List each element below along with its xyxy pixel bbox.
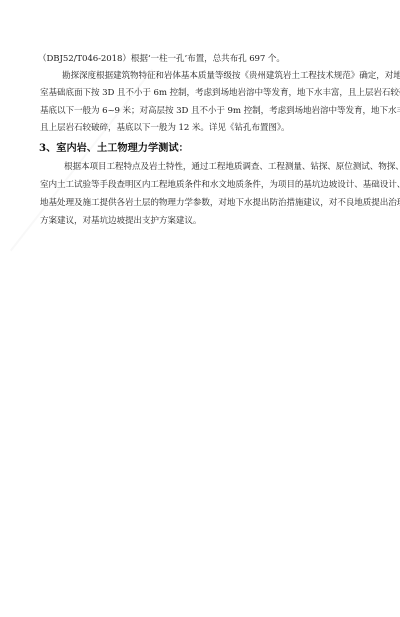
paragraph-line: 方案建议，对基坑边坡提出支护方案建议。: [40, 216, 201, 227]
document-page: （DBJ52/T046-2018）根据‘一柱一孔’布置，总共布孔 697 个。 …: [0, 0, 400, 617]
paragraph-line: 地基处理及施工提供各岩土层的物理力学参数，对地下水提出防治措施建议，对不良地质提…: [40, 198, 400, 209]
paragraph-line: （DBJ52/T046-2018）根据‘一柱一孔’布置，总共布孔 697 个。: [38, 54, 285, 65]
section-heading: 3、室内岩、土工物理力学测试：: [39, 142, 189, 155]
paragraph-line: 基底以下一般为 6~9 米；对高层按 3D 且不小于 9m 控制，考虑到场地岩溶…: [40, 106, 400, 117]
paragraph-line: 室内土工试验等手段查明区内工程地质条件和水文地质条件，为项目的基坑边坡设计、基础…: [40, 180, 400, 191]
paragraph-line: 且上层岩石较破碎，基底以下一般为 12 米。详见《钻孔布置图》。: [40, 123, 290, 134]
paragraph-line: 勘探深度根据建筑物特征和岩体基本质量等级按《贵州建筑岩土工程技术规范》确定，对地…: [62, 71, 400, 82]
paragraph-line: 室基础底面下按 3D 且不小于 6m 控制，考虑到场地岩溶中等发育，地下水丰富，…: [40, 88, 400, 99]
paragraph-line: 根据本项目工程特点及岩土特性，通过工程地质调查、工程测量、钻探、原位测试、物探、: [64, 162, 400, 173]
